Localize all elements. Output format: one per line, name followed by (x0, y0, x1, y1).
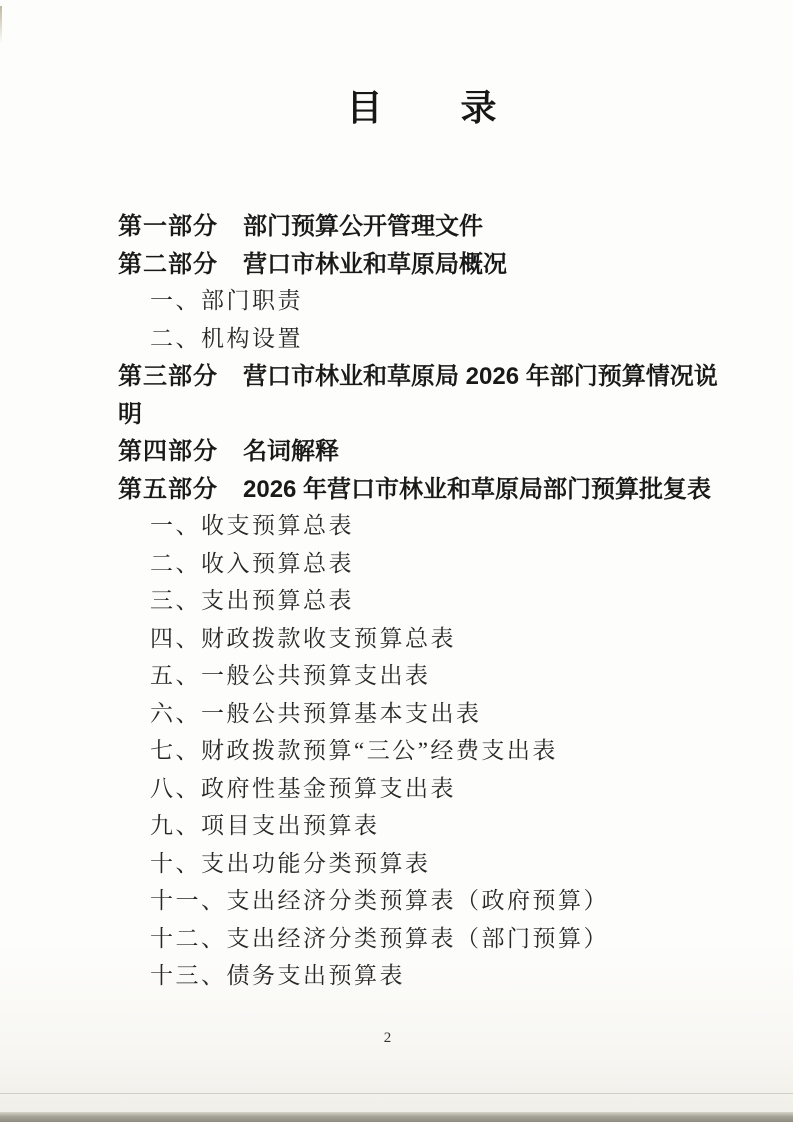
toc-entry-text: 十、支出功能分类预算表 (150, 845, 431, 878)
toc-entry-text: 营口市林业和草原局 2026 年部门预算情况说 (243, 356, 718, 391)
toc-entry: 一、部门职责 (118, 280, 733, 318)
toc-entry-label: 第五部分 (118, 469, 243, 504)
toc-entry: 九、项目支出预算表 (118, 805, 733, 843)
toc-entry-text: 九、项目支出预算表 (150, 807, 380, 840)
toc-entry-text: 八、政府性基金预算支出表 (150, 770, 456, 803)
toc-entry: 第五部分2026 年营口市林业和草原局部门预算批复表 (118, 468, 733, 506)
toc-entry: 三、支出预算总表 (118, 580, 733, 618)
toc-entry-text: 一、部门职责 (150, 282, 303, 315)
toc-entry-text: 营口市林业和草原局概况 (243, 244, 507, 279)
scan-line-artifact (0, 1093, 793, 1094)
toc-entry: 十三、债务支出预算表 (118, 955, 733, 993)
toc-entry-text: 一、收支预算总表 (150, 507, 354, 540)
page-title: 目 录 (26, 86, 793, 130)
table-of-contents: 第一部分部门预算公开管理文件第二部分营口市林业和草原局概况一、部门职责二、机构设… (118, 205, 733, 993)
toc-entry-text: 十二、支出经济分类预算表（部门预算） (150, 920, 609, 953)
toc-entry-text: 明 (118, 394, 142, 429)
toc-entry: 五、一般公共预算支出表 (118, 655, 733, 693)
toc-entry-text: 二、机构设置 (150, 320, 303, 353)
page-bottom-edge (0, 1112, 793, 1122)
toc-entry-text: 四、财政拨款收支预算总表 (150, 620, 456, 653)
toc-entry-text: 部门预算公开管理文件 (243, 206, 483, 241)
toc-entry: 八、政府性基金预算支出表 (118, 768, 733, 806)
toc-entry: 一、收支预算总表 (118, 505, 733, 543)
toc-entry: 十、支出功能分类预算表 (118, 843, 733, 881)
toc-entry: 七、财政拨款预算“三公”经费支出表 (118, 730, 733, 768)
toc-entry: 第一部分部门预算公开管理文件 (118, 205, 733, 243)
toc-entry-text: 七、财政拨款预算“三公”经费支出表 (150, 732, 558, 765)
toc-entry-label: 第四部分 (118, 431, 243, 466)
page-number: 2 (0, 1030, 784, 1047)
toc-entry-label: 第一部分 (118, 206, 243, 241)
scan-edge-artifact (0, 6, 2, 44)
toc-entry-text: 2026 年营口市林业和草原局部门预算批复表 (243, 469, 711, 504)
toc-entry-label: 第二部分 (118, 244, 243, 279)
toc-entry: 二、收入预算总表 (118, 543, 733, 581)
toc-entry: 第三部分营口市林业和草原局 2026 年部门预算情况说 (118, 355, 733, 393)
toc-entry: 明 (118, 393, 733, 431)
toc-entry-label: 第三部分 (118, 356, 243, 391)
toc-entry-text: 十三、债务支出预算表 (150, 957, 405, 990)
toc-entry-text: 二、收入预算总表 (150, 545, 354, 578)
toc-entry-text: 名词解释 (243, 431, 339, 466)
toc-entry-text: 六、一般公共预算基本支出表 (150, 695, 482, 728)
toc-entry: 四、财政拨款收支预算总表 (118, 618, 733, 656)
toc-entry-text: 三、支出预算总表 (150, 582, 354, 615)
toc-entry-text: 十一、支出经济分类预算表（政府预算） (150, 882, 609, 915)
toc-entry-text: 五、一般公共预算支出表 (150, 657, 431, 690)
toc-entry: 六、一般公共预算基本支出表 (118, 693, 733, 731)
toc-entry: 二、机构设置 (118, 318, 733, 356)
toc-entry: 第二部分营口市林业和草原局概况 (118, 243, 733, 281)
scanned-document-page: 目 录 第一部分部门预算公开管理文件第二部分营口市林业和草原局概况一、部门职责二… (0, 0, 793, 1122)
toc-entry: 十一、支出经济分类预算表（政府预算） (118, 880, 733, 918)
toc-entry: 第四部分名词解释 (118, 430, 733, 468)
toc-entry: 十二、支出经济分类预算表（部门预算） (118, 918, 733, 956)
